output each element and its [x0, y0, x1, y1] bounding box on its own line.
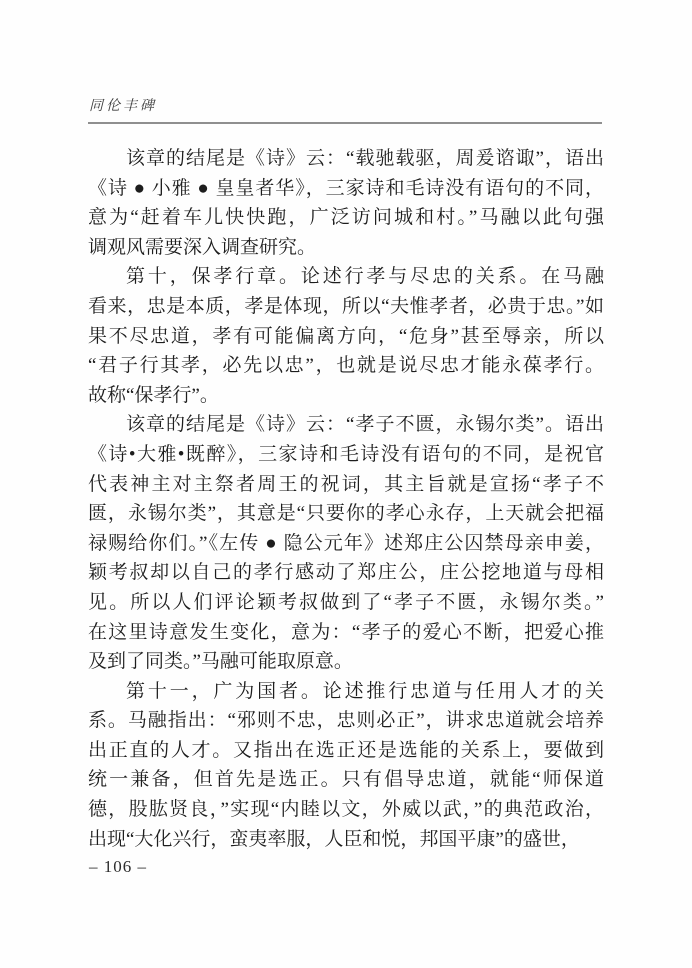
paragraph: 该章的结尾是《诗》云：“载驰载驱，周爰谘诹”，语出《诗 ● 小雅 ● 皇皇者华》… — [88, 144, 604, 262]
paragraph: 第十，保孝行章。论述行孝与尽忠的关系。在马融看来，忠是本质，孝是体现，所以“夫惟… — [88, 262, 604, 410]
text-line: 在这里诗意发生变化，意为：“孝子的爱心不断，把爱心推 — [88, 618, 604, 648]
text-line: 及到了同类。”马融可能取原意。 — [88, 647, 604, 677]
text-line: 第十一，广为国者。论述推行忠道与任用人才的关 — [88, 677, 604, 707]
page-number: – 106 – — [89, 857, 147, 877]
text-line: 德，股肱贤良，”实现“内睦以文，外威以武，”的典范政治， — [88, 795, 604, 825]
text-line: 调观风需要深入调查研究。 — [88, 233, 604, 263]
body-text: 该章的结尾是《诗》云：“载驰载驱，周爰谘诹”，语出《诗 ● 小雅 ● 皇皇者华》… — [88, 144, 604, 854]
text-line: 颖考叔却以自己的孝行感动了郑庄公，庄公挖地道与母相 — [88, 558, 604, 588]
text-line: 意为“赶着车儿快快跑，广泛访问城和村。”马融以此句强 — [88, 203, 604, 233]
text-line: 《诗 ● 小雅 ● 皇皇者华》，三家诗和毛诗没有语句的不同， — [88, 174, 604, 204]
text-line: 出正直的人才。又指出在选正还是选能的关系上，要做到 — [88, 736, 604, 766]
header-rule — [88, 122, 602, 124]
paragraph: 该章的结尾是《诗》云：“孝子不匮，永锡尔类”。语出《诗•大雅•既醉》，三家诗和毛… — [88, 410, 604, 676]
text-line: 《诗•大雅•既醉》，三家诗和毛诗没有语句的不同，是祝官 — [88, 440, 604, 470]
running-title: 同伦丰碑 — [89, 95, 157, 115]
book-page: 同伦丰碑 该章的结尾是《诗》云：“载驰载驱，周爰谘诹”，语出《诗 ● 小雅 ● … — [0, 0, 692, 968]
text-line: 出现“大化兴行，蛮夷率服，人臣和悦，邦国平康”的盛世， — [88, 825, 604, 855]
text-line: 看来，忠是本质，孝是体现，所以“夫惟孝者，必贵于忠。”如 — [88, 292, 604, 322]
text-line: 系。马融指出：“邪则不忠，忠则必正”，讲求忠道就会培养 — [88, 706, 604, 736]
text-line: 匮，永锡尔类”，其意是“只要你的孝心永存，上天就会把福 — [88, 499, 604, 529]
text-line: “君子行其孝，必先以忠”，也就是说尽忠才能永葆孝行。 — [88, 351, 604, 381]
text-line: 果不尽忠道，孝有可能偏离方向，“危身”甚至辱亲，所以 — [88, 322, 604, 352]
text-line: 统一兼备，但首先是选正。只有倡导忠道，就能“师保道 — [88, 765, 604, 795]
text-line: 第十，保孝行章。论述行孝与尽忠的关系。在马融 — [88, 262, 604, 292]
text-line: 禄赐给你们。”《左传 ● 隐公元年》述郑庄公囚禁母亲申姜， — [88, 529, 604, 559]
text-line: 见。所以人们评论颖考叔做到了“孝子不匮，永锡尔类。” — [88, 588, 604, 618]
text-line: 故称“保孝行”。 — [88, 381, 604, 411]
text-line: 该章的结尾是《诗》云：“载驰载驱，周爰谘诹”，语出 — [88, 144, 604, 174]
paragraph: 第十一，广为国者。论述推行忠道与任用人才的关系。马融指出：“邪则不忠，忠则必正”… — [88, 677, 604, 855]
text-line: 代表神主对主祭者周王的祝词，其主旨就是宣扬“孝子不 — [88, 470, 604, 500]
text-line: 该章的结尾是《诗》云：“孝子不匮，永锡尔类”。语出 — [88, 410, 604, 440]
